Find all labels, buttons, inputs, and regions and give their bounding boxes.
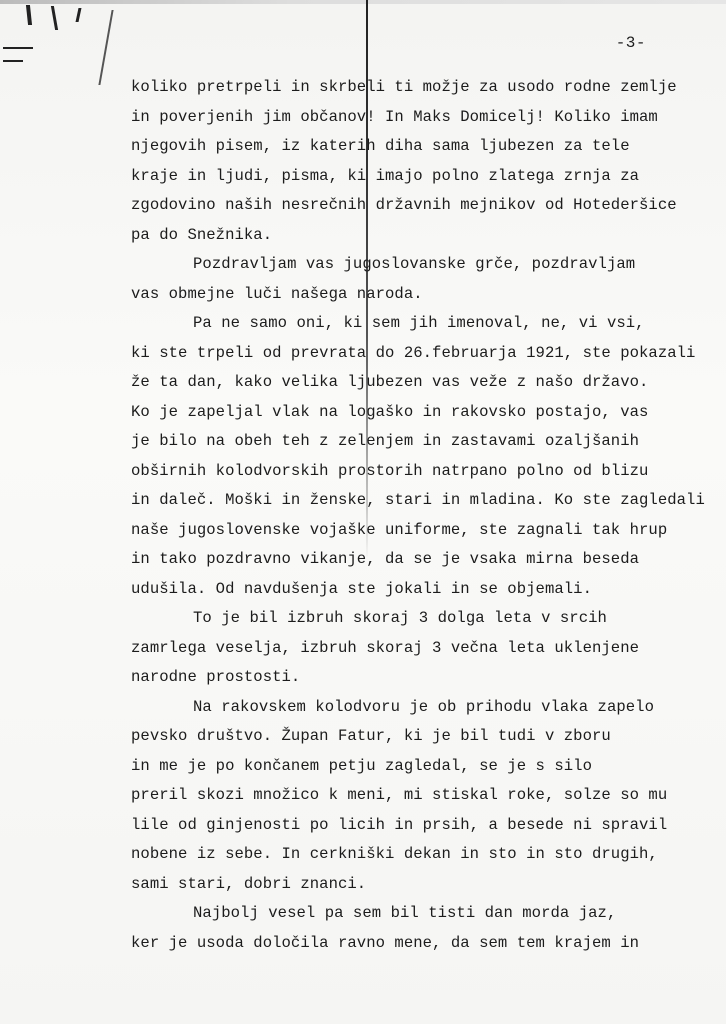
ink-smudge bbox=[3, 60, 23, 62]
text-line: in daleč. Moški in ženske, stari in mlad… bbox=[131, 486, 711, 516]
paragraph: Pozdravljam vas jugoslovanske grče, pozd… bbox=[131, 250, 711, 309]
text-line: in me je po končanem petju zagledal, se … bbox=[131, 752, 711, 782]
text-line: Najbolj vesel pa sem bil tisti dan morda… bbox=[131, 899, 711, 929]
text-line: že ta dan, kako velika ljubezen vas veže… bbox=[131, 368, 711, 398]
text-line: pevsko društvo. Župan Fatur, ki je bil t… bbox=[131, 722, 711, 752]
text-line: ker je usoda določila ravno mene, da sem… bbox=[131, 929, 711, 959]
text-line: lile od ginjenosti po licih in prsih, a … bbox=[131, 811, 711, 841]
text-line: Pa ne samo oni, ki sem jih imenoval, ne,… bbox=[131, 309, 711, 339]
page-top-edge bbox=[0, 0, 726, 4]
text-line: Na rakovskem kolodvoru je ob prihodu vla… bbox=[131, 693, 711, 723]
text-line: To je bil izbruh skoraj 3 dolga leta v s… bbox=[131, 604, 711, 634]
scanned-page: -3- koliko pretrpeli in skrbeli ti možje… bbox=[0, 0, 726, 1024]
typewritten-body: koliko pretrpeli in skrbeli ti možje za … bbox=[131, 73, 711, 958]
ink-smudge bbox=[51, 6, 58, 30]
ink-smudge bbox=[26, 5, 32, 25]
text-line: narodne prostosti. bbox=[131, 663, 711, 693]
text-line: zgodovino naših nesrečnih državnih mejni… bbox=[131, 191, 711, 221]
text-line: ki ste trpeli od prevrata do 26.februarj… bbox=[131, 339, 711, 369]
paragraph: Na rakovskem kolodvoru je ob prihodu vla… bbox=[131, 693, 711, 900]
text-line: vas obmejne luči našega naroda. bbox=[131, 280, 711, 310]
page-number: -3- bbox=[616, 34, 646, 52]
text-line: udušila. Od navdušenja ste jokali in se … bbox=[131, 575, 711, 605]
text-line: je bilo na obeh teh z zelenjem in zastav… bbox=[131, 427, 711, 457]
text-line: pa do Snežnika. bbox=[131, 221, 711, 251]
text-line: zamrlega veselja, izbruh skoraj 3 večna … bbox=[131, 634, 711, 664]
text-line: koliko pretrpeli in skrbeli ti možje za … bbox=[131, 73, 711, 103]
text-line: njegovih pisem, iz katerih diha sama lju… bbox=[131, 132, 711, 162]
paragraph: koliko pretrpeli in skrbeli ti možje za … bbox=[131, 73, 711, 250]
text-line: sami stari, dobri znanci. bbox=[131, 870, 711, 900]
text-line: kraje in ljudi, pisma, ki imajo polno zl… bbox=[131, 162, 711, 192]
ink-smudge bbox=[3, 47, 33, 49]
text-line: naše jugoslovenske vojaške uniforme, ste… bbox=[131, 516, 711, 546]
ink-smudge bbox=[98, 10, 113, 85]
text-line: nobene iz sebe. In cerkniški dekan in st… bbox=[131, 840, 711, 870]
text-line: in poverjenih jim občanov! In Maks Domic… bbox=[131, 103, 711, 133]
text-line: Ko je zapeljal vlak na logaško in rakovs… bbox=[131, 398, 711, 428]
paragraph: Najbolj vesel pa sem bil tisti dan morda… bbox=[131, 899, 711, 958]
text-line: obširnih kolodvorskih prostorih natrpano… bbox=[131, 457, 711, 487]
text-line: Pozdravljam vas jugoslovanske grče, pozd… bbox=[131, 250, 711, 280]
text-line: in tako pozdravno vikanje, da se je vsak… bbox=[131, 545, 711, 575]
paragraph: To je bil izbruh skoraj 3 dolga leta v s… bbox=[131, 604, 711, 693]
paragraph: Pa ne samo oni, ki sem jih imenoval, ne,… bbox=[131, 309, 711, 604]
text-line: preril skozi množico k meni, mi stiskal … bbox=[131, 781, 711, 811]
ink-smudge bbox=[76, 8, 82, 22]
